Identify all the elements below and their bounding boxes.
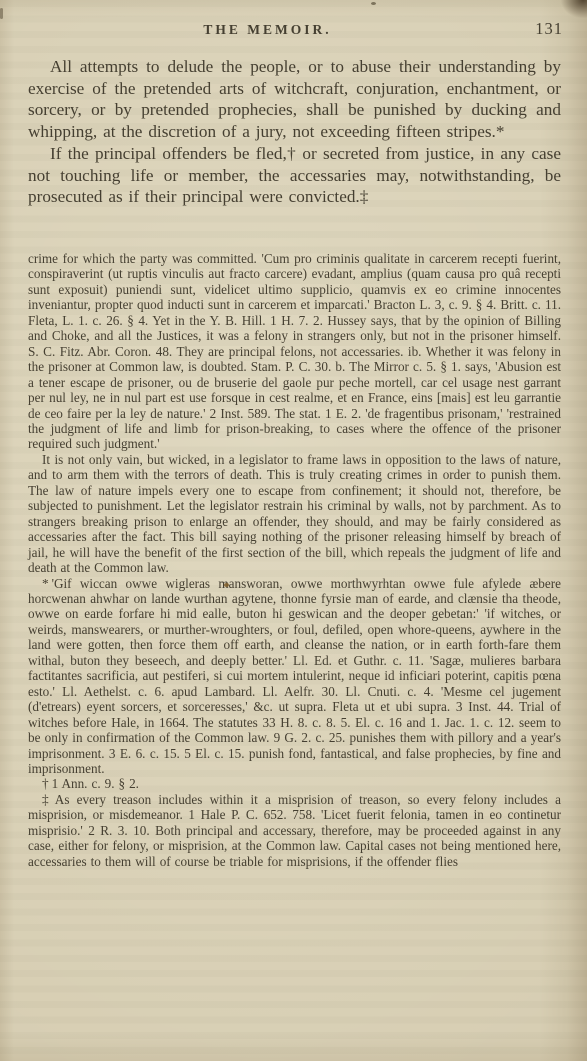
- page-number: 131: [535, 19, 563, 39]
- footnote-paragraph: *'Gif wiccan owwe wigleras mansworan, ow…: [28, 576, 561, 777]
- footnote-asterisk-marker: *: [42, 576, 49, 591]
- ink-speck: [0, 8, 3, 19]
- footnote-double-dagger-marker: ‡: [42, 792, 52, 807]
- main-paragraph: If the principal offenders be fled,† or …: [28, 143, 561, 208]
- footnote-text: 1 Ann. c. 9. § 2.: [52, 776, 139, 791]
- footnote-dagger-marker: †: [42, 776, 49, 791]
- page-header: THE MEMOIR. 131: [30, 22, 565, 42]
- ink-speck: [371, 2, 376, 5]
- footnote-paragraph: It is not only vain, but wicked, in a le…: [28, 452, 561, 576]
- footnote-paragraph: ‡As every treason includes within it a m…: [28, 792, 561, 869]
- footnote-paragraph: †1 Ann. c. 9. § 2.: [28, 776, 561, 791]
- footnote-text: 'Gif wiccan owwe wigleras mansworan, oww…: [28, 576, 561, 776]
- main-text: All attempts to delude the people, or to…: [28, 56, 561, 208]
- footnotes: crime for which the party was committed.…: [28, 251, 561, 869]
- main-paragraph: All attempts to delude the people, or to…: [28, 56, 561, 143]
- footnote-paragraph: crime for which the party was committed.…: [28, 251, 561, 452]
- footnote-text: crime for which the party was committed.…: [28, 251, 561, 451]
- ink-speck: [224, 583, 229, 587]
- running-title: THE MEMOIR.: [30, 22, 505, 38]
- book-page: THE MEMOIR. 131 All attempts to delude t…: [0, 0, 587, 1061]
- footnote-text: It is not only vain, but wicked, in a le…: [28, 452, 561, 575]
- scan-artifact: [561, 0, 587, 18]
- footnote-text: As every treason includes within it a mi…: [28, 792, 561, 869]
